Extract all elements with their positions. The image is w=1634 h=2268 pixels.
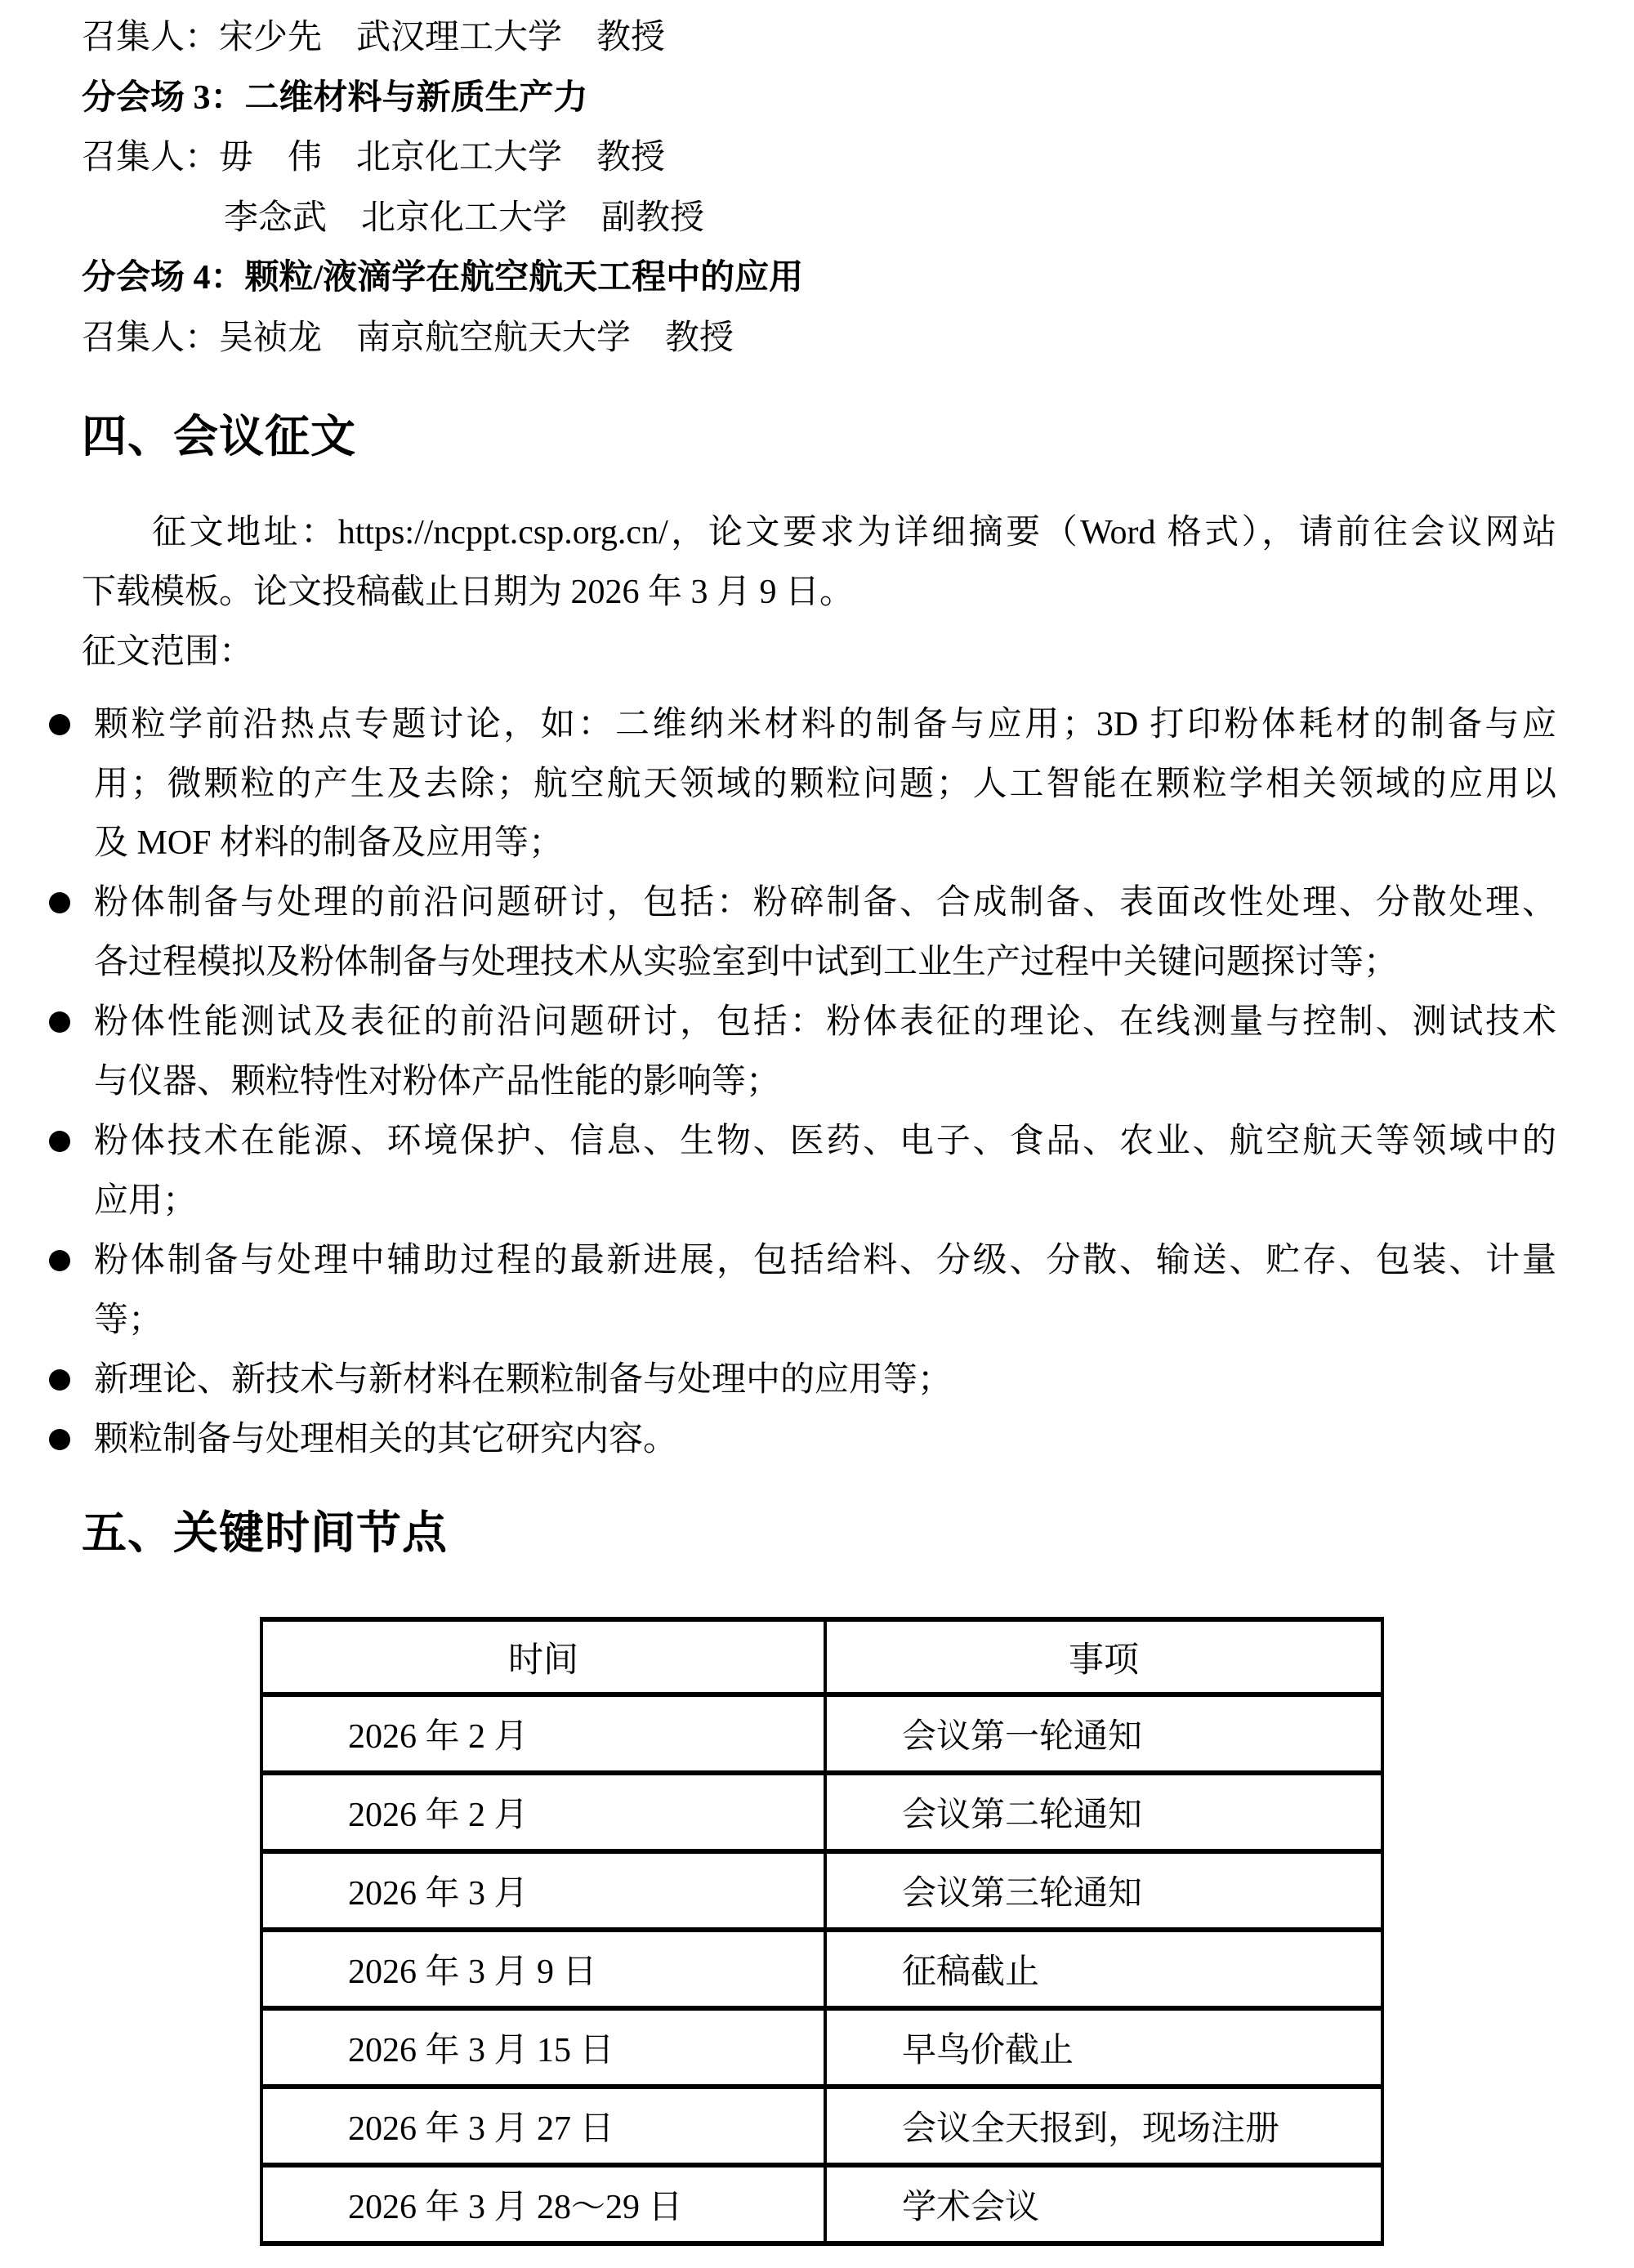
cell-event: 会议第三轮通知 xyxy=(825,1851,1382,1930)
table-row: 2026 年 3 月 28～29 日 学术会议 xyxy=(261,2165,1382,2243)
cell-event: 会议第一轮通知 xyxy=(825,1694,1382,1773)
table-row: 2026 年 3 月 会议第三轮通知 xyxy=(261,1851,1382,1930)
bullet-icon xyxy=(49,714,70,735)
bullet-6-line-1: 新理论、新技术与新材料在颗粒制备与处理中的应用等； xyxy=(94,1355,1556,1404)
section-5-heading: 五、关键时间节点 xyxy=(82,1507,448,1559)
bullet-icon xyxy=(49,1131,70,1152)
table-header-event: 事项 xyxy=(825,1619,1382,1694)
cell-date: 2026 年 3 月 28～29 日 xyxy=(261,2165,825,2243)
bullet-icon xyxy=(49,1250,70,1271)
bullet-1-line-3: 及 MOF 材料的制备及应用等； xyxy=(94,819,1556,868)
session-4-heading: 分会场 4：颗粒/液滴学在航空航天工程中的应用 xyxy=(82,253,1556,302)
cell-date: 2026 年 3 月 27 日 xyxy=(261,2087,825,2165)
cell-event: 征稿截止 xyxy=(825,1930,1382,2008)
cell-date: 2026 年 3 月 xyxy=(261,1851,825,1930)
bullet-3-line-2: 与仪器、颗粒特性对粉体产品性能的影响等； xyxy=(94,1057,1556,1106)
bullet-icon xyxy=(49,1429,70,1450)
timeline-table: 时间 事项 2026 年 2 月 会议第一轮通知 2026 年 2 月 会议第二… xyxy=(260,1617,1384,2246)
section-4-heading: 四、会议征文 xyxy=(82,410,356,462)
cell-date: 2026 年 2 月 xyxy=(261,1694,825,1773)
bullet-2-line-2: 各过程模拟及粉体制备与处理技术从实验室到中试到工业生产过程中关键问题探讨等； xyxy=(94,938,1556,987)
document-page: 召集人：宋少先 武汉理工大学 教授 分会场 3：二维材料与新质生产力 召集人：毋… xyxy=(0,0,1634,2268)
cfp-paragraph-line-1: 征文地址：https://ncppt.csp.org.cn/，论文要求为详细摘要… xyxy=(82,508,1556,557)
cell-event: 学术会议 xyxy=(825,2165,1382,2243)
cell-event: 早鸟价截止 xyxy=(825,2008,1382,2087)
cell-date: 2026 年 3 月 15 日 xyxy=(261,2008,825,2087)
bullet-5-line-1: 粉体制备与处理中辅助过程的最新进展，包括给料、分级、分散、输送、贮存、包装、计量 xyxy=(94,1236,1556,1285)
cell-date: 2026 年 3 月 9 日 xyxy=(261,1930,825,2008)
bullet-1-line-1: 颗粒学前沿热点专题讨论，如：二维纳米材料的制备与应用；3D 打印粉体耗材的制备与… xyxy=(94,700,1556,749)
bullet-3-line-1: 粉体性能测试及表征的前沿问题研讨，包括：粉体表征的理论、在线测量与控制、测试技术 xyxy=(94,998,1556,1047)
cfp-scope-label: 征文范围： xyxy=(82,627,1556,676)
cell-event: 会议全天报到，现场注册 xyxy=(825,2087,1382,2165)
convener-line-session3-second: 李念武 北京化工大学 副教授 xyxy=(224,194,1556,243)
table-row: 2026 年 3 月 15 日 早鸟价截止 xyxy=(261,2008,1382,2087)
table-row: 2026 年 3 月 27 日 会议全天报到，现场注册 xyxy=(261,2087,1382,2165)
cell-date: 2026 年 2 月 xyxy=(261,1773,825,1851)
cell-event: 会议第二轮通知 xyxy=(825,1773,1382,1851)
bullet-1-line-2: 用；微颗粒的产生及去除；航空航天领域的颗粒问题；人工智能在颗粒学相关领域的应用以 xyxy=(94,760,1556,809)
convener-line-session4: 召集人：吴祯龙 南京航空航天大学 教授 xyxy=(82,314,1556,363)
cfp-paragraph-line-2: 下载模板。论文投稿截止日期为 2026 年 3 月 9 日。 xyxy=(82,568,1556,617)
table-row: 2026 年 3 月 9 日 征稿截止 xyxy=(261,1930,1382,2008)
convener-line-session2: 召集人：宋少先 武汉理工大学 教授 xyxy=(82,13,1556,62)
table-row: 2026 年 2 月 会议第一轮通知 xyxy=(261,1694,1382,1773)
bullet-5-line-2: 等； xyxy=(94,1296,1556,1345)
bullet-icon xyxy=(49,1011,70,1033)
convener-line-session3: 召集人：毋 伟 北京化工大学 教授 xyxy=(82,133,1556,182)
table-header-time: 时间 xyxy=(261,1619,825,1694)
table-header-row: 时间 事项 xyxy=(261,1619,1382,1694)
bullet-icon xyxy=(49,892,70,913)
bullet-4-line-1: 粉体技术在能源、环境保护、信息、生物、医药、电子、食品、农业、航空航天等领域中的 xyxy=(94,1117,1556,1166)
session-3-heading: 分会场 3：二维材料与新质生产力 xyxy=(82,74,1556,123)
bullet-icon xyxy=(49,1369,70,1391)
table-row: 2026 年 2 月 会议第二轮通知 xyxy=(261,1773,1382,1851)
bullet-4-line-2: 应用； xyxy=(94,1176,1556,1226)
bullet-7-line-1: 颗粒制备与处理相关的其它研究内容。 xyxy=(94,1415,1556,1464)
bullet-2-line-1: 粉体制备与处理的前沿问题研讨，包括：粉碎制备、合成制备、表面改性处理、分散处理、 xyxy=(94,878,1556,927)
